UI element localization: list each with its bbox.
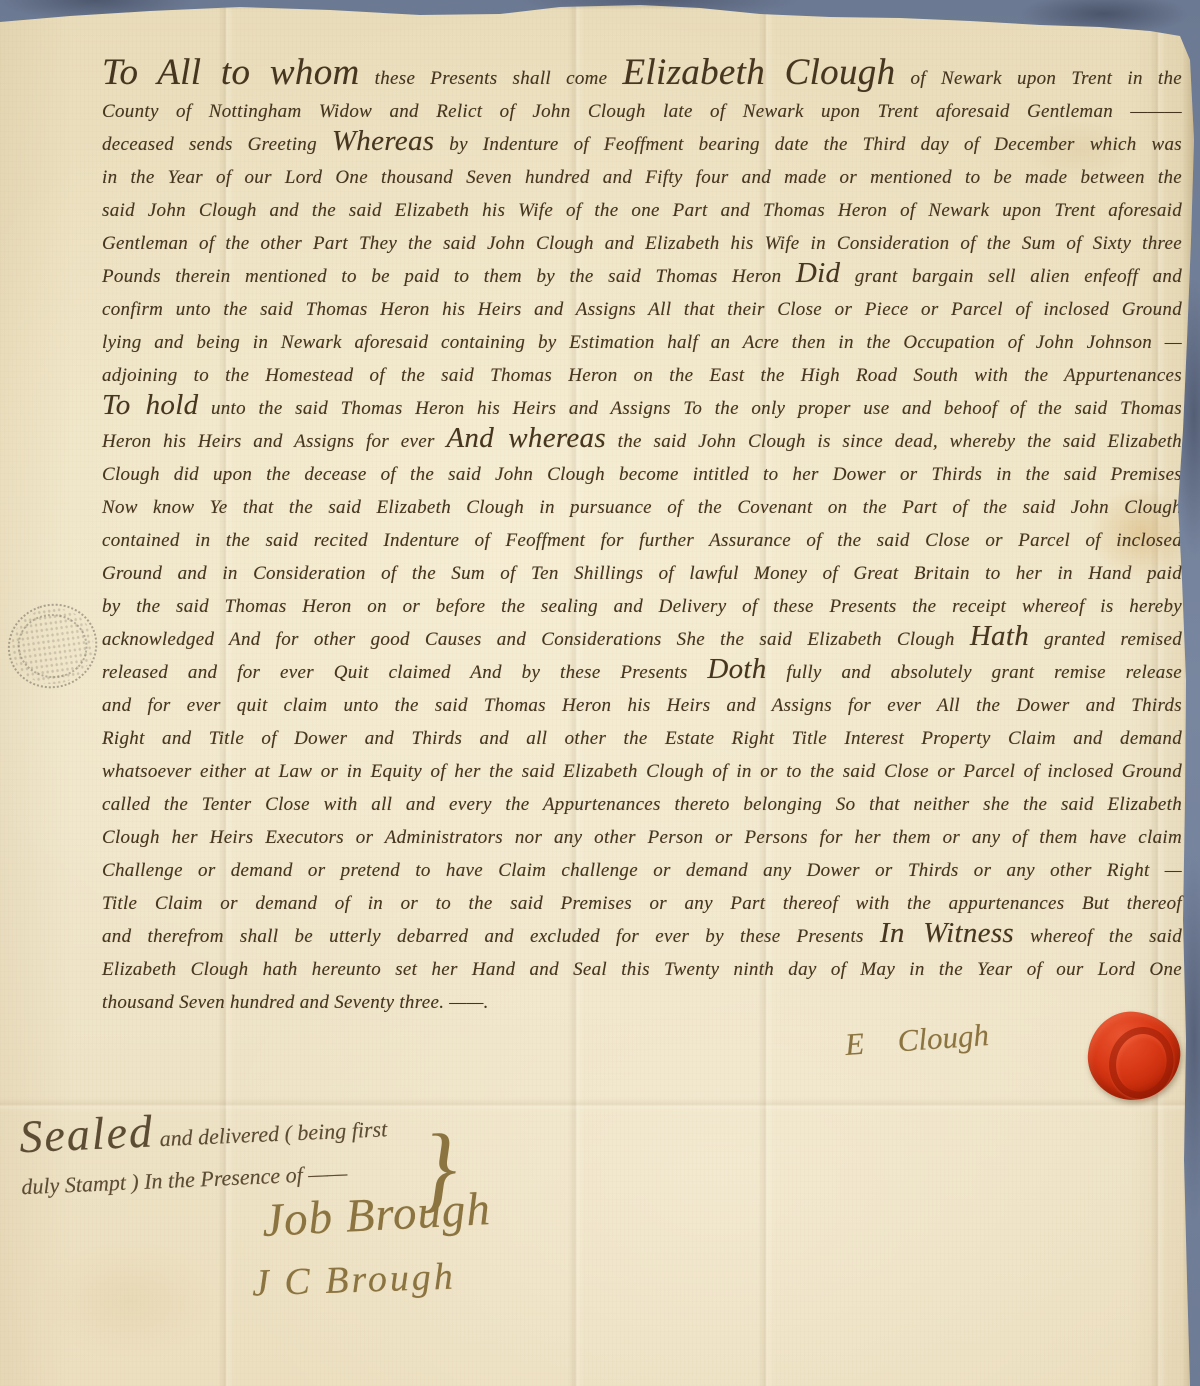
document-photo: To All to whom these Presents shall come… (0, 0, 1200, 1386)
document-line: Elizabeth Clough hath hereunto set her H… (102, 953, 1182, 986)
signature-witness-jc-brough: J C Brough (251, 1254, 456, 1305)
document-line: Challenge or demand or pretend to have C… (102, 854, 1182, 887)
document-line: lying and being in Newark aforesaid cont… (102, 326, 1182, 359)
document-line: Right and Title of Dower and Thirds and … (102, 722, 1182, 755)
document-line: and therefrom shall be utterly debarred … (102, 920, 1182, 953)
document-line: Clough did upon the decease of the said … (102, 458, 1182, 491)
document-line: whatsoever either at Law or in Equity of… (102, 755, 1182, 788)
deed-paper: To All to whom these Presents shall come… (0, 0, 1200, 1386)
document-line: acknowledged And for other good Causes a… (102, 623, 1182, 656)
attestation-word-sealed: Sealed (18, 1105, 155, 1162)
attestation-line-1-rest: and delivered ( being first (154, 1116, 388, 1151)
document-line: adjoining to the Homestead of the said T… (102, 359, 1182, 392)
document-line: contained in the said recited Indenture … (102, 524, 1182, 557)
document-line: To All to whom these Presents shall come… (102, 62, 1182, 95)
document-line: released and for ever Quit claimed And b… (102, 656, 1182, 689)
document-line: County of Nottingham Widow and Relict of… (102, 95, 1182, 128)
document-line: said John Clough and the said Elizabeth … (102, 194, 1182, 227)
document-line: Heron his Heirs and Assigns for ever And… (102, 425, 1182, 458)
document-line: Clough her Heirs Executors or Administra… (102, 821, 1182, 854)
document-line: To hold unto the said Thomas Heron his H… (102, 392, 1182, 425)
embossed-duty-stamp (0, 594, 106, 704)
document-line: Ground and in Consideration of the Sum o… (102, 557, 1182, 590)
document-line: confirm unto the said Thomas Heron his H… (102, 293, 1182, 326)
document-line: Gentleman of the other Part They the sai… (102, 227, 1182, 260)
document-line: and for ever quit claim unto the said Th… (102, 689, 1182, 722)
document-line: called the Tenter Close with all and eve… (102, 788, 1182, 821)
document-line: deceased sends Greeting Whereas by Inden… (102, 128, 1182, 161)
deed-body-text: To All to whom these Presents shall come… (102, 62, 1182, 1019)
document-line: Now know Ye that the said Elizabeth Clou… (102, 491, 1182, 524)
document-line: by the said Thomas Heron on or before th… (102, 590, 1182, 623)
document-line: thousand Seven hundred and Seventy three… (102, 986, 1182, 1019)
photo-backdrop: { "document": { "body_lines": [ {"j":tru… (0, 0, 1200, 1386)
document-line: in the Year of our Lord One thousand Sev… (102, 161, 1182, 194)
document-line: Pounds therein mentioned to be paid to t… (102, 260, 1182, 293)
document-line: Title Claim or demand of in or to the sa… (102, 887, 1182, 920)
